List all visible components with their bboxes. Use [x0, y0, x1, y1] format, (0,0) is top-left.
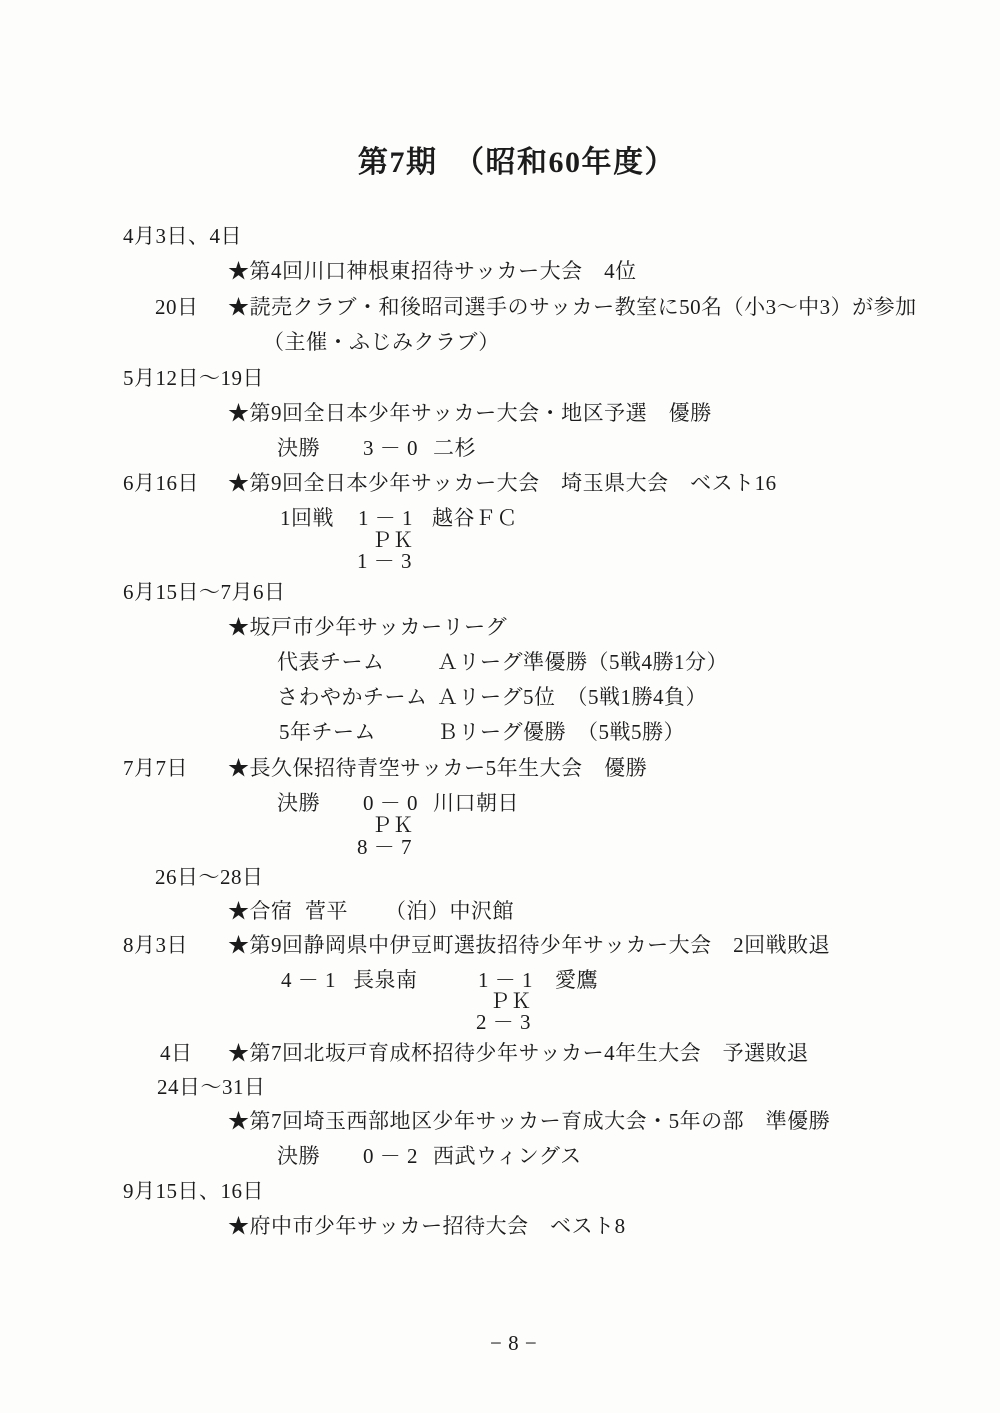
- event-line: ★第7回北坂戸育成杯招待少年サッカー4年生大会 予選敗退: [228, 1042, 809, 1065]
- date-line: 6月15日～7月6日: [123, 581, 286, 604]
- event-line: ★第9回静岡県中伊豆町選抜招待少年サッカー大会 2回戦敗退: [228, 934, 830, 957]
- date-line: 9月15日、16日: [123, 1180, 264, 1203]
- date-line: 4月3日、4日: [123, 225, 242, 248]
- document-page: 第7期 （昭和60年度）4月3日、4日★第4回川口神根東招待サッカー大会 4位2…: [0, 0, 1000, 1413]
- event-line: ★第4回川口神根東招待サッカー大会 4位: [228, 260, 637, 283]
- result-line: さわやかチーム: [277, 686, 428, 709]
- score-line: 越谷ＦＣ: [432, 507, 518, 530]
- pk-line: ＰＫ: [371, 814, 414, 837]
- event-line: ★坂戸市少年サッカーリーグ: [228, 616, 507, 639]
- event-line: ★合宿: [228, 900, 293, 923]
- score-line: 決勝: [277, 792, 320, 815]
- score-line: 川口朝日: [433, 792, 519, 815]
- event-line: 7月7日: [123, 757, 188, 780]
- result-line: 5年チーム: [279, 721, 376, 744]
- pk-score-line: 1 － 3: [357, 550, 412, 573]
- event-line: 6月16日: [123, 472, 199, 495]
- score-line: 長泉南: [353, 969, 418, 992]
- score-line: 西武ウィングス: [433, 1145, 582, 1168]
- event-line: 菅平: [305, 900, 348, 923]
- event-line: ★府中市少年サッカー招待大会 ベスト8: [228, 1215, 626, 1238]
- page-title: 第7期 （昭和60年度）: [358, 146, 676, 179]
- pk-score-line: 8 － 7: [357, 836, 412, 859]
- event-line: ★第9回全日本少年サッカー大会・地区予選 優勝: [228, 402, 712, 425]
- pk-score-line: 2 － 3: [476, 1011, 531, 1034]
- event-line: ★読売クラブ・和後昭司選手のサッカー教室に50名（小3～中3）が参加: [228, 296, 917, 319]
- event-line: 8月3日: [123, 934, 188, 957]
- event-line: （泊）中沢館: [385, 900, 514, 923]
- date-line: 26日～28日: [155, 866, 264, 889]
- score-line: 3 － 0: [363, 437, 418, 460]
- score-line: 4 － 1: [281, 969, 336, 992]
- score-line: 0 － 2: [363, 1145, 418, 1168]
- result-line: Ａリーグ準優勝（5戦4勝1分）: [437, 651, 728, 674]
- event-line: ★第9回全日本少年サッカー大会 埼玉県大会 ベスト16: [228, 472, 777, 495]
- score-line: 1 － 1: [358, 507, 413, 530]
- result-line: Ｂリーグ優勝 （5戦5勝）: [437, 721, 685, 744]
- page-number: − 8 −: [490, 1332, 537, 1355]
- event-line: ★第7回埼玉西部地区少年サッカー育成大会・5年の部 準優勝: [228, 1110, 830, 1133]
- result-line: 代表チーム: [277, 651, 385, 674]
- score-line: 0 － 0: [363, 792, 418, 815]
- event-line: ★長久保招待青空サッカー5年生大会 優勝: [228, 757, 647, 780]
- date-line: 24日～31日: [157, 1076, 266, 1099]
- score-line: 愛鷹: [555, 969, 598, 992]
- date-line: 5月12日～19日: [123, 367, 264, 390]
- result-line: Ａリーグ5位 （5戦1勝4負）: [437, 686, 707, 709]
- score-line: 決勝: [277, 1145, 320, 1168]
- score-line: 1回戦: [280, 507, 334, 530]
- event-line: 20日: [155, 296, 199, 319]
- event-line: 4日: [160, 1042, 193, 1065]
- score-line: 二杉: [433, 437, 476, 460]
- note-line: （主催・ふじみクラブ）: [263, 331, 500, 354]
- score-line: 決勝: [277, 437, 320, 460]
